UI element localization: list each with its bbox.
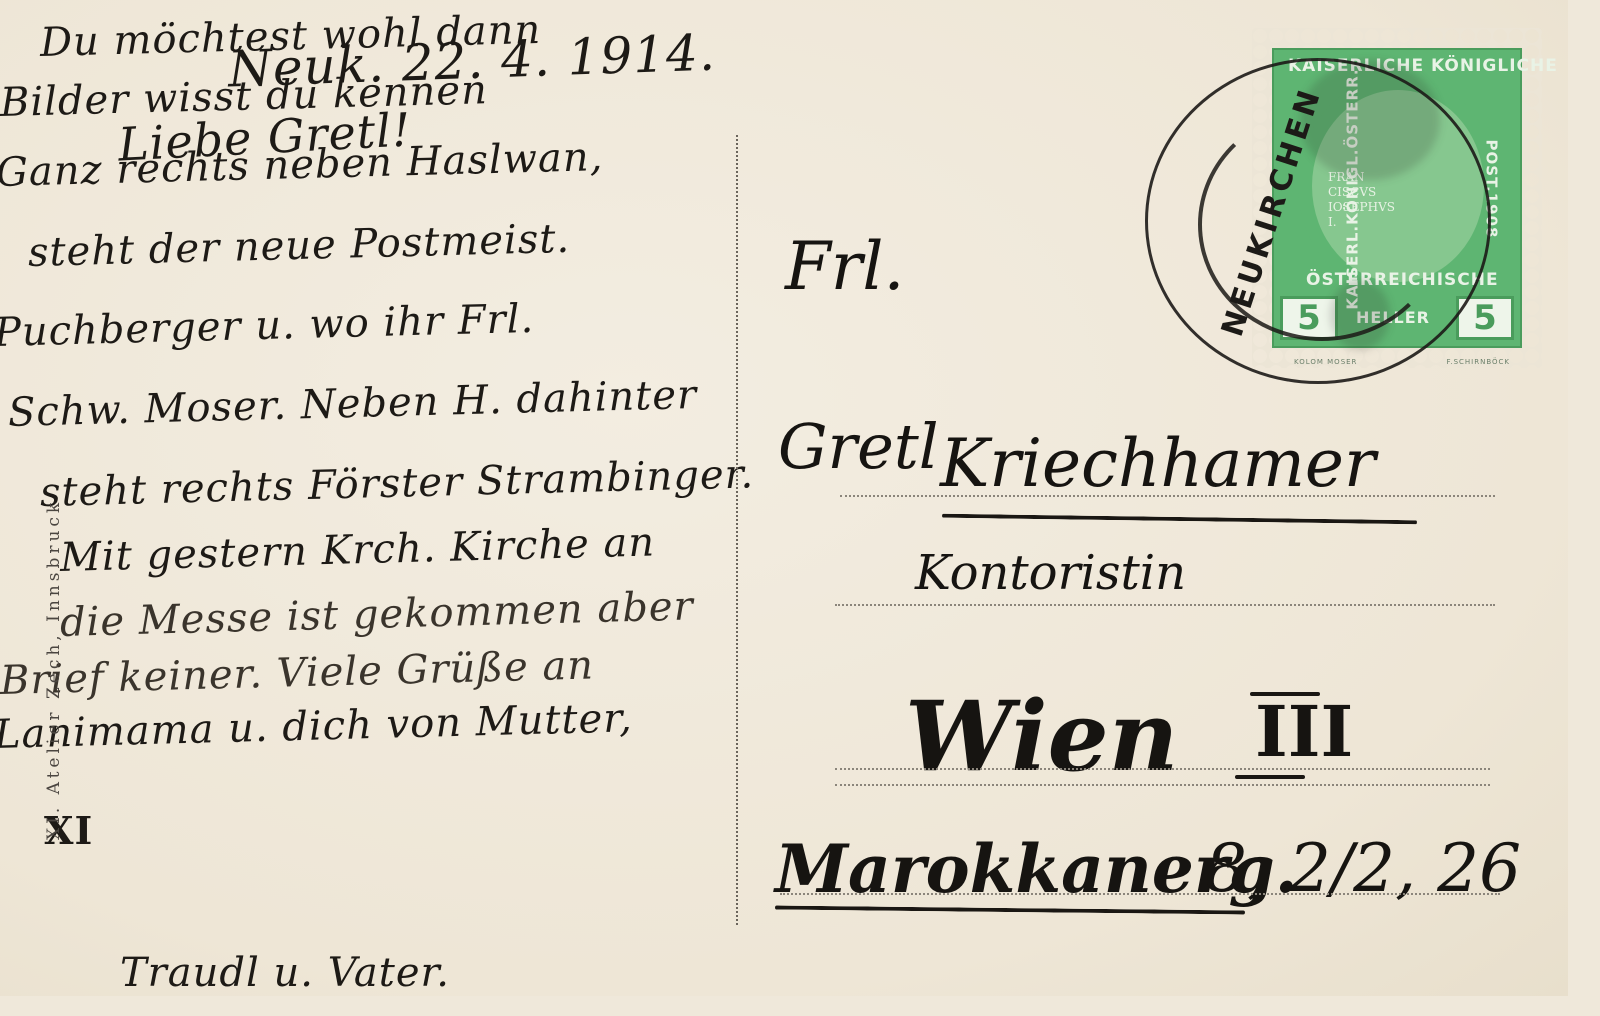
signature: Traudl u. Vater. <box>120 950 450 996</box>
center-divider <box>736 135 738 925</box>
letter-line: steht der neue Postmeist. <box>27 216 570 276</box>
address-district: III <box>1255 690 1353 773</box>
address-city: Wien <box>905 680 1178 793</box>
surname-underline <box>942 514 1417 525</box>
letter-line: Puchberger u. wo ihr Frl. <box>0 296 535 356</box>
letter-line: Bilder wisst du kennen <box>0 67 488 126</box>
address-rule <box>835 784 1490 786</box>
letter-line: Lanimama u. dich von Mutter, <box>0 695 633 758</box>
address-rule <box>840 495 1495 497</box>
address-first-name: Gretl <box>778 410 939 483</box>
district-underline <box>1235 775 1305 779</box>
letter-line: Mit gestern Krch. Kirche an <box>59 519 655 581</box>
letter-line: steht rechts Förster Strambinger. <box>39 451 754 516</box>
address-salutation: Frl. <box>785 228 904 305</box>
letter-line: die Messe ist gekommen aber <box>59 583 694 646</box>
address-house-number: 8, 2/2, 26 <box>1205 830 1521 907</box>
district-overline <box>1250 692 1320 696</box>
publisher-imprint: XI. Atelier Zech, Innsbruck <box>44 499 64 840</box>
address-rule <box>780 893 1500 895</box>
letter-line: Schw. Moser. Neben H. dahinter <box>7 372 697 436</box>
address-surname: Kriechhamer <box>940 425 1376 502</box>
address-occupation: Kontoristin <box>915 545 1186 601</box>
letter-line: Ganz rechts neben Haslwan, <box>0 134 604 196</box>
address-rule <box>835 768 1490 770</box>
postcard: Neuk. 22. 4. 1914. Liebe Gretl! Du möcht… <box>0 0 1568 996</box>
stamp-engraver: F.SCHIRNBÖCK <box>1446 358 1510 366</box>
letter-line: Brief keiner. Viele Grüße an <box>0 642 595 704</box>
address-rule <box>835 604 1495 606</box>
